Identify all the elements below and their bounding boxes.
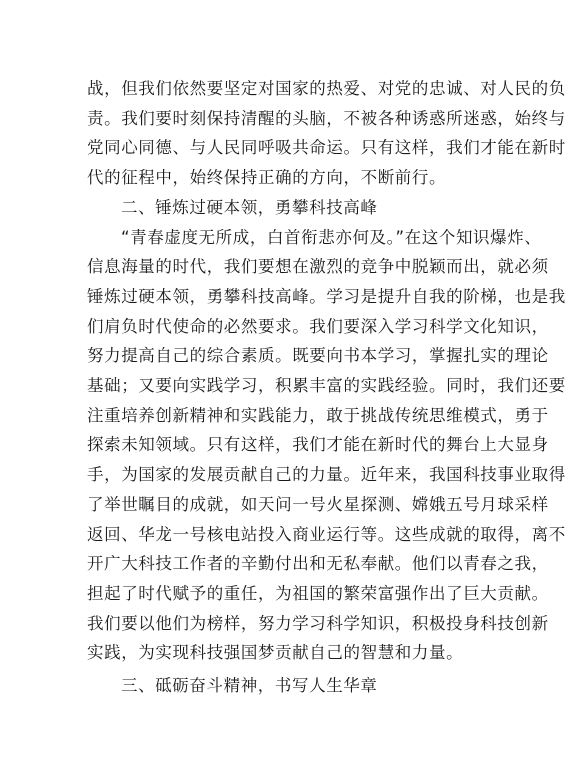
paragraph-line: 基础；又要向实践学习，积累丰富的实践经验。同时，我们还要 — [87, 376, 507, 396]
section-heading-3: 三、砥砺奋斗精神，书写人生华章 — [121, 676, 541, 696]
paragraph-line: 党同心同德、与人民同呼吸共命运。只有这样，我们才能在新时 — [87, 138, 507, 158]
paragraph-line: 探索未知领域。只有这样，我们才能在新时代的舞台上大显身 — [87, 435, 507, 455]
paragraph-line: 我们要以他们为榜样，努力学习科学知识，积极投身科技创新 — [87, 614, 507, 634]
paragraph-line: 责。我们要时刻保持清醒的头脑，不被各种诱惑所迷惑，始终与 — [87, 109, 507, 129]
paragraph-line: 努力提高自己的综合素质。既要向书本学习，掌握扎实的理论 — [87, 346, 507, 366]
section-heading-2: 二、锤炼过硬本领，勇攀科技高峰 — [121, 198, 541, 218]
paragraph-line: 手，为国家的发展贡献自己的力量。近年来，我国科技事业取得 — [87, 465, 507, 485]
paragraph-line: 了举世瞩目的成就，如天问一号火星探测、嫦娥五号月球采样 — [87, 495, 507, 515]
paragraph-line: 代的征程中，始终保持正确的方向，不断前行。 — [87, 168, 507, 188]
paragraph-line: 们肩负时代使命的必然要求。我们要深入学习科学文化知识， — [87, 317, 507, 337]
paragraph-line: 战，但我们依然要坚定对国家的热爱、对党的忠诚、对人民的负 — [87, 79, 507, 99]
paragraph-line: 担起了时代赋予的重任，为祖国的繁荣富强作出了巨大贡献。 — [87, 584, 507, 604]
paragraph-line: 注重培养创新精神和实践能力，敢于挑战传统思维模式，勇于 — [87, 406, 507, 426]
paragraph-line: 信息海量的时代，我们要想在激烈的竞争中脱颖而出，就必须 — [87, 257, 507, 277]
paragraph-line: 锤炼过硬本领，勇攀科技高峰。学习是提升自我的阶梯，也是我 — [87, 287, 507, 307]
paragraph-line: 开广大科技工作者的辛勤付出和无私奉献。他们以青春之我， — [87, 554, 507, 574]
paragraph-line: 返回、华龙一号核电站投入商业运行等。这些成就的取得，离不 — [87, 525, 507, 545]
paragraph-line: “青春虚度无所成，白首衔悲亦何及。”在这个知识爆炸、 — [121, 228, 541, 248]
document-page: 战，但我们依然要坚定对国家的热爱、对党的忠诚、对人民的负 责。我们要时刻保持清醒… — [0, 0, 586, 759]
paragraph-line: 实践，为实现科技强国梦贡献自己的智慧和力量。 — [87, 643, 507, 663]
